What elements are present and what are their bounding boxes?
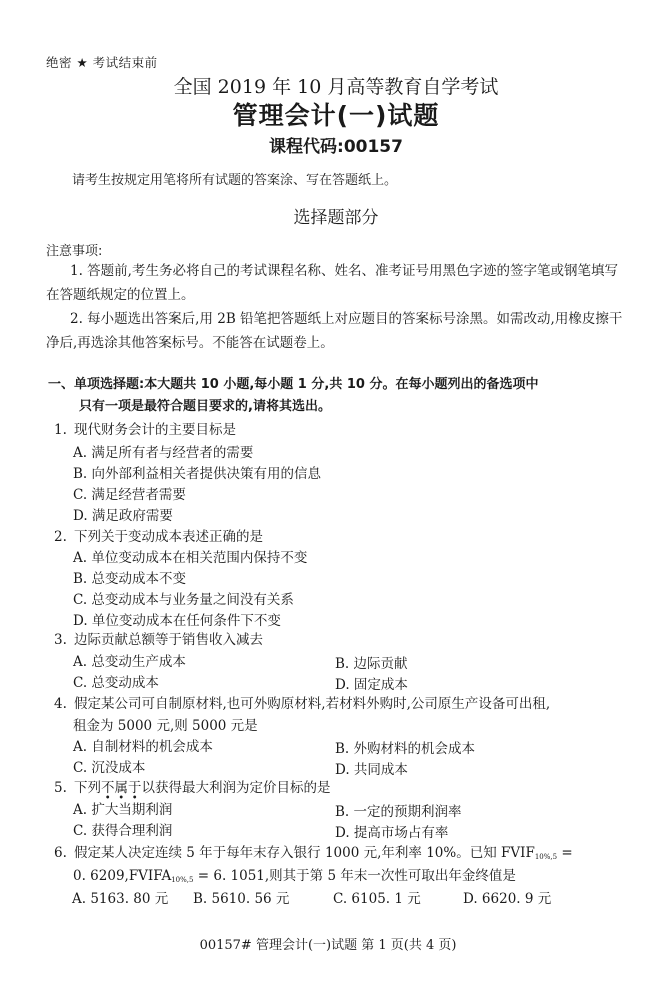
option-b: B. 一定的预期利润率 [335, 800, 462, 820]
confidential-label: 绝密 ★ 考试结束前 [46, 53, 158, 71]
option-d: D. 提高市场占有率 [335, 821, 448, 841]
option-d: D. 共同成本 [335, 758, 408, 778]
option-a: A. 满足所有者与经营者的需要 [73, 441, 253, 461]
option-a: A. 单位变动成本在相关范围内保持不变 [73, 546, 307, 566]
option-b: B. 外购材料的机会成本 [335, 737, 475, 757]
option-d: D. 6620. 9 元 [463, 887, 551, 907]
subscript: 10%,5 [171, 876, 193, 884]
option-c: C. 获得合理利润 [73, 819, 172, 839]
paper-title: 管理会计(一)试题 [0, 96, 662, 132]
question-stem: 6.假定某人决定连续 5 年于每年末存入银行 1000 元,年利率 10%。已知… [54, 841, 573, 861]
question-stem: 5.下列不属于•••以获得最大利润为定价目标的是 [54, 776, 331, 796]
part-one-heading: 一、单项选择题:本大题共 10 小题,每小题 1 分,共 10 分。在每小题列出… [48, 374, 628, 418]
option-d: D. 满足政府需要 [73, 504, 173, 524]
option-d: D. 单位变动成本在任何条件下不变 [73, 609, 281, 629]
option-a: A. 5163. 80 元 [72, 887, 168, 907]
course-code: 课程代码:00157 [0, 132, 662, 157]
question-stem-continued: 0. 6209,FVIFA10%,5 = 6. 1051,则其于第 5 年末一次… [73, 864, 516, 884]
notes-title: 注意事项: [46, 240, 102, 259]
option-c: C. 总变动成本与业务量之间没有关系 [73, 588, 294, 608]
section-heading: 选择题部分 [0, 203, 662, 228]
part-one-heading-line2: 只有一项是最符合题目要求的,请将其选出。 [48, 396, 628, 418]
page-footer: 00157# 管理会计(一)试题 第 1 页(共 4 页) [0, 934, 662, 953]
question-stem: 4.假定某公司可自制原材料,也可外购原材料,若材料外购时,公司原生产设备可出租, [54, 692, 550, 712]
option-c: C. 沉没成本 [73, 756, 145, 776]
subscript: 10%,5 [535, 853, 557, 861]
note-item-2: 2. 每小题选出答案后,用 2B 铅笔把答题纸上对应题目的答案标号涂黑。如需改动… [46, 307, 631, 355]
option-a: A. 扩大当期利润 [73, 798, 172, 818]
question-stem: 1.现代财务会计的主要目标是 [54, 418, 236, 438]
part-one-heading-line1: 一、单项选择题:本大题共 10 小题,每小题 1 分,共 10 分。在每小题列出… [48, 377, 538, 392]
answer-instruction: 请考生按规定用笔将所有试题的答案涂、写在答题纸上。 [72, 169, 397, 188]
option-c: C. 6105. 1 元 [333, 887, 421, 907]
option-b: B. 5610. 56 元 [193, 887, 289, 907]
option-a: A. 自制材料的机会成本 [73, 735, 213, 755]
option-c: C. 满足经营者需要 [73, 483, 186, 503]
question-stem: 3.边际贡献总额等于销售收入减去 [54, 628, 263, 648]
option-c: C. 总变动成本 [73, 671, 159, 691]
emphasized-text: 不属于••• [101, 780, 142, 796]
option-b: B. 总变动成本不变 [73, 567, 186, 587]
note-item-1: 1. 答题前,考生务必将自己的考试课程名称、姓名、准考证号用黑色字迹的签字笔或钢… [46, 259, 631, 307]
option-b: B. 边际贡献 [335, 652, 408, 672]
option-b: B. 向外部利益相关者提供决策有用的信息 [73, 462, 321, 482]
exam-name: 全国 2019 年 10 月高等教育自学考试 [0, 72, 662, 99]
option-d: D. 固定成本 [335, 673, 408, 693]
option-a: A. 总变动生产成本 [73, 650, 186, 670]
question-stem: 2.下列关于变动成本表述正确的是 [54, 525, 263, 545]
question-stem-continued: 租金为 5000 元,则 5000 元是 [73, 714, 258, 734]
